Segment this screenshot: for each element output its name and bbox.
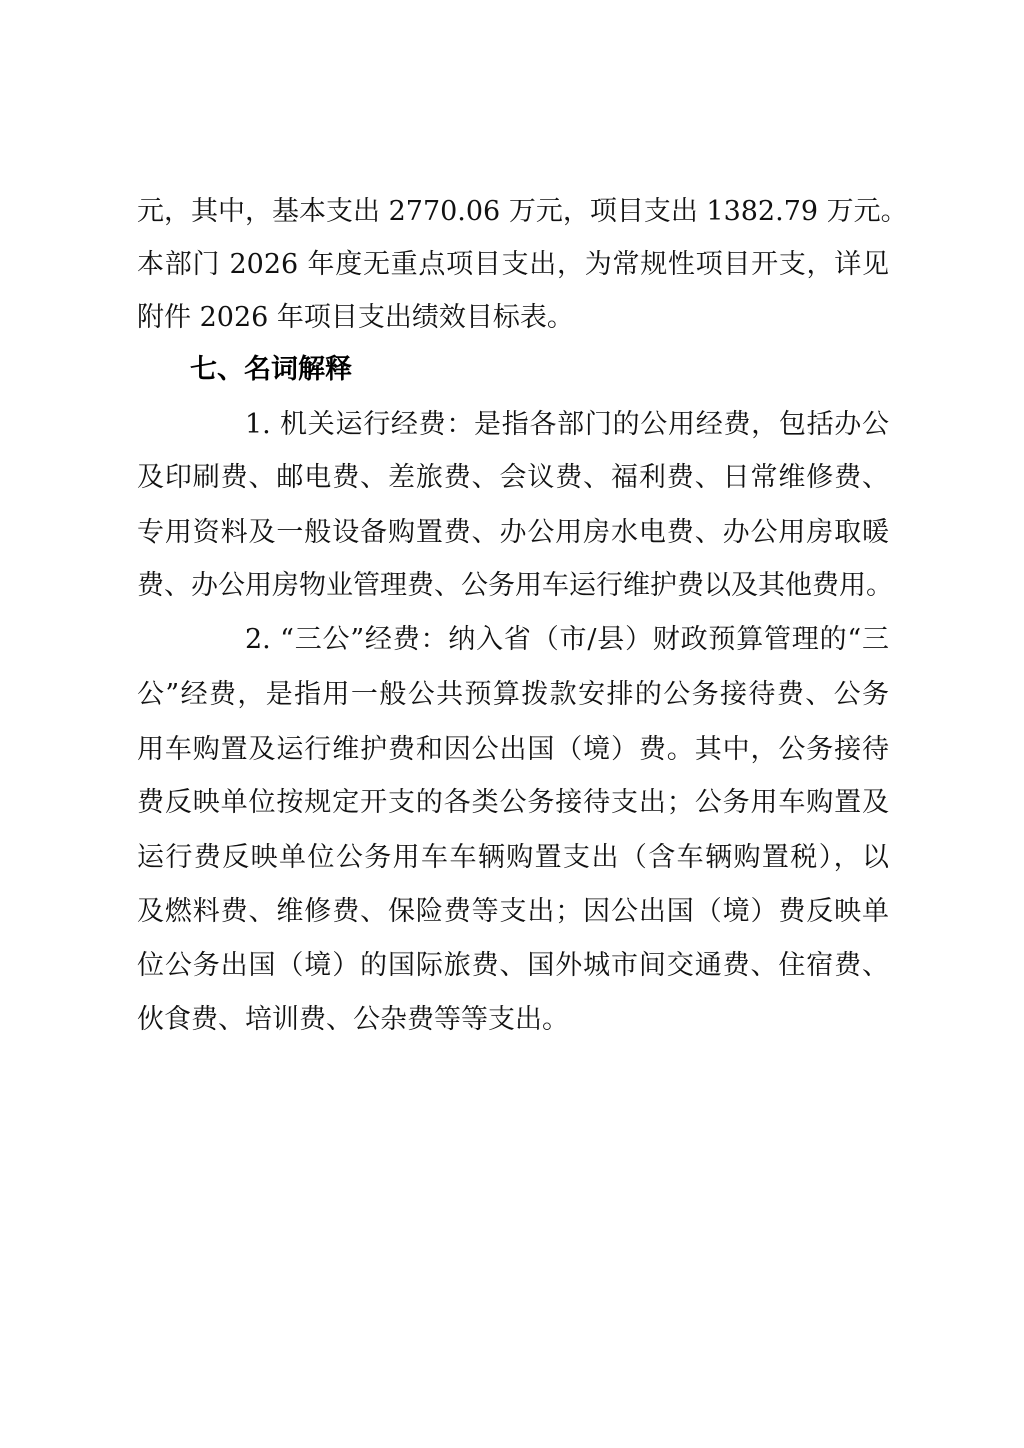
text-line: 及印刷费、邮电费、差旅费、会议费、福利费、日常维修费、	[137, 458, 889, 498]
text-line: 附件 2026 年项目支出绩效目标表。	[137, 298, 889, 338]
text-line: 公”经费，是指用一般公共预算拨款安排的公务接待费、公务	[137, 675, 889, 715]
text-line: 本部门 2026 年度无重点项目支出，为常规性项目开支，详见	[137, 245, 889, 285]
text-line: 1. 机关运行经费：是指各部门的公用经费，包括办公	[245, 405, 889, 445]
section-heading: 七、名词解释	[190, 350, 352, 390]
text-line: 伙食费、培训费、公杂费等等支出。	[137, 1000, 889, 1040]
text-line: 位公务出国（境）的国际旅费、国外城市间交通费、住宿费、	[137, 946, 889, 986]
text-line: 费、办公用房物业管理费、公务用车运行维护费以及其他费用。	[137, 566, 889, 606]
text-line: 及燃料费、维修费、保险费等支出；因公出国（境）费反映单	[137, 892, 889, 932]
text-line: 2. “三公”经费：纳入省（市/县）财政预算管理的“三	[245, 620, 889, 660]
text-line: 费反映单位按规定开支的各类公务接待支出；公务用车购置及	[137, 783, 889, 823]
document-page: 元，其中，基本支出 2770.06 万元，项目支出 1382.79 万元。 本部…	[0, 0, 1024, 1448]
text-line: 专用资料及一般设备购置费、办公用房水电费、办公用房取暖	[137, 513, 889, 553]
text-line: 用车购置及运行维护费和因公出国（境）费。其中，公务接待	[137, 730, 889, 770]
text-line: 运行费反映单位公务用车车辆购置支出（含车辆购置税），以	[137, 838, 889, 878]
text-line: 元，其中，基本支出 2770.06 万元，项目支出 1382.79 万元。	[137, 192, 889, 232]
